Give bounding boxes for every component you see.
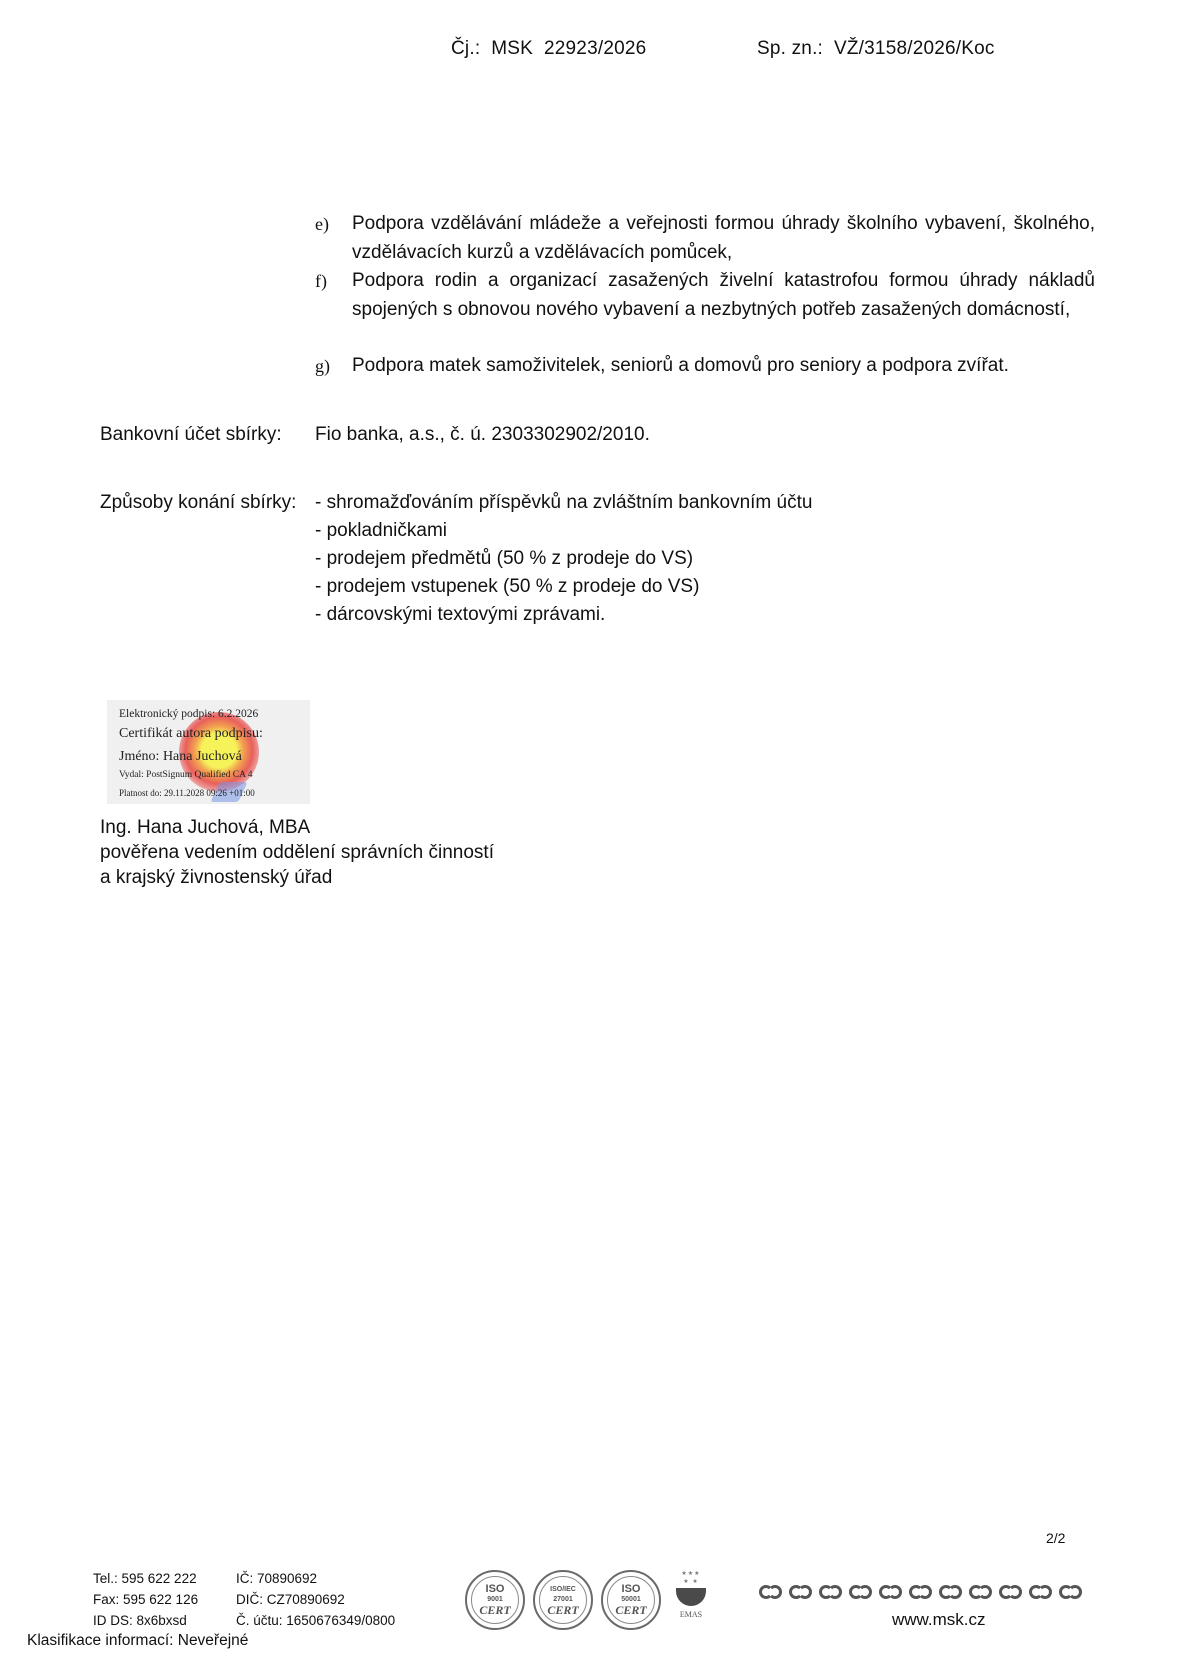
chain-link-icon: [757, 1583, 786, 1603]
emas-leaf-icon: [676, 1588, 706, 1606]
file-mark-value: VŽ/3158/2026/Koc: [834, 38, 995, 59]
signer-role-line2: a krajský živnostenský úřad: [100, 865, 494, 890]
emas-logo-icon: ★★★★ ★ EMAS: [669, 1570, 713, 1630]
footer-contact: Tel.: 595 622 222 Fax: 595 622 126 ID DS…: [93, 1568, 198, 1631]
cert-brand: CERT: [479, 1604, 510, 1617]
page-number: 2/2: [1046, 1530, 1065, 1546]
signer-name: Ing. Hana Juchová, MBA: [100, 815, 494, 840]
cert-number: 27001: [553, 1595, 572, 1604]
chain-link-icon: [877, 1583, 906, 1603]
reference-value: MSK 22923/2026: [491, 38, 646, 59]
footer-tel: Tel.: 595 622 222: [93, 1568, 198, 1589]
purpose-item-g: g) Podpora matek samoživitelek, seniorů …: [315, 352, 1095, 381]
file-mark: Sp. zn.: VŽ/3158/2026/Koc: [757, 38, 995, 60]
signature-date: Elektronický podpis: 6.2.2026: [119, 708, 258, 720]
file-mark-label: Sp. zn.:: [757, 38, 823, 59]
purpose-text: Podpora rodin a organizací zasažených ži…: [352, 267, 1095, 324]
purpose-text: Podpora vzdělávání mládeže a veřejnosti …: [352, 210, 1095, 267]
certificate-heading: Certifikát autora podpisu:: [119, 726, 263, 742]
collection-methods-label: Způsoby konání sbírky:: [100, 489, 296, 518]
chain-link-icon: [1027, 1583, 1056, 1603]
method-item: - pokladničkami: [315, 517, 447, 546]
signer-name-stamp: Jméno: Hana Juchová: [119, 749, 242, 765]
cert-label: ISO: [622, 1584, 641, 1595]
website-link[interactable]: www.msk.cz: [892, 1610, 986, 1630]
purpose-text: Podpora matek samoživitelek, seniorů a d…: [352, 352, 1095, 381]
cert-number: 50001: [621, 1595, 640, 1604]
chain-link-icon: [997, 1583, 1026, 1603]
classification: Klasifikace informací: Neveřejné: [27, 1632, 248, 1650]
certification-logos: ISO 9001 CERT ISO/IEC 27001 CERT ISO 500…: [465, 1570, 713, 1630]
iso-27001-cert-icon: ISO/IEC 27001 CERT: [533, 1570, 593, 1630]
footer-account: Č. účtu: 1650676349/0800: [236, 1610, 395, 1631]
msk-chain-logo-icon: [757, 1583, 1086, 1603]
iso-50001-cert-icon: ISO 50001 CERT: [601, 1570, 661, 1630]
method-item: - shromažďováním příspěvků na zvláštním …: [315, 489, 812, 518]
validity: Platnost do: 29.11.2028 09:26 +01:00: [119, 788, 255, 798]
chain-link-icon: [967, 1583, 996, 1603]
footer-fax: Fax: 595 622 126: [93, 1589, 198, 1610]
chain-link-icon: [847, 1583, 876, 1603]
chain-link-icon: [787, 1583, 816, 1603]
cert-label: ISO/IEC: [550, 1584, 576, 1595]
iso-9001-cert-icon: ISO 9001 CERT: [465, 1570, 525, 1630]
chain-link-icon: [937, 1583, 966, 1603]
chain-link-icon: [1057, 1583, 1086, 1603]
signer-role-line1: pověřena vedením oddělení správních činn…: [100, 840, 494, 865]
signer-block: Ing. Hana Juchová, MBA pověřena vedením …: [100, 815, 494, 890]
footer-dic: DIČ: CZ70890692: [236, 1589, 395, 1610]
footer-ic: IČ: 70890692: [236, 1568, 395, 1589]
method-item: - dárcovskými textovými zprávami.: [315, 601, 605, 630]
cert-label: ISO: [486, 1584, 505, 1595]
cert-brand: CERT: [547, 1604, 578, 1617]
footer-ids: IČ: 70890692 DIČ: CZ70890692 Č. účtu: 16…: [236, 1568, 395, 1631]
emas-label: EMAS: [669, 1610, 713, 1619]
bank-account-label: Bankovní účet sbírky:: [100, 421, 282, 450]
reference-label: Čj.:: [451, 38, 480, 59]
footer-id-ds: ID DS: 8x6bxsd: [93, 1610, 198, 1631]
eu-stars-icon: ★★★★ ★: [669, 1570, 713, 1586]
purpose-item-e: e) Podpora vzdělávání mládeže a veřejnos…: [315, 210, 1095, 267]
list-marker: f): [315, 267, 327, 296]
electronic-signature-stamp: Elektronický podpis: 6.2.2026 Certifikát…: [107, 700, 310, 804]
purpose-item-f: f) Podpora rodin a organizací zasažených…: [315, 267, 1095, 324]
method-item: - prodejem předmětů (50 % z prodeje do V…: [315, 545, 693, 574]
reference-number: Čj.: MSK 22923/2026: [451, 38, 646, 60]
method-item: - prodejem vstupenek (50 % z prodeje do …: [315, 573, 699, 602]
list-marker: e): [315, 210, 329, 239]
chain-link-icon: [817, 1583, 846, 1603]
cert-brand: CERT: [615, 1604, 646, 1617]
list-marker: g): [315, 352, 330, 381]
cert-number: 9001: [487, 1595, 503, 1604]
bank-account-value: Fio banka, a.s., č. ú. 2303302902/2010.: [315, 421, 650, 450]
chain-link-icon: [907, 1583, 936, 1603]
issuer: Vydal: PostSignum Qualified CA 4: [119, 770, 253, 780]
